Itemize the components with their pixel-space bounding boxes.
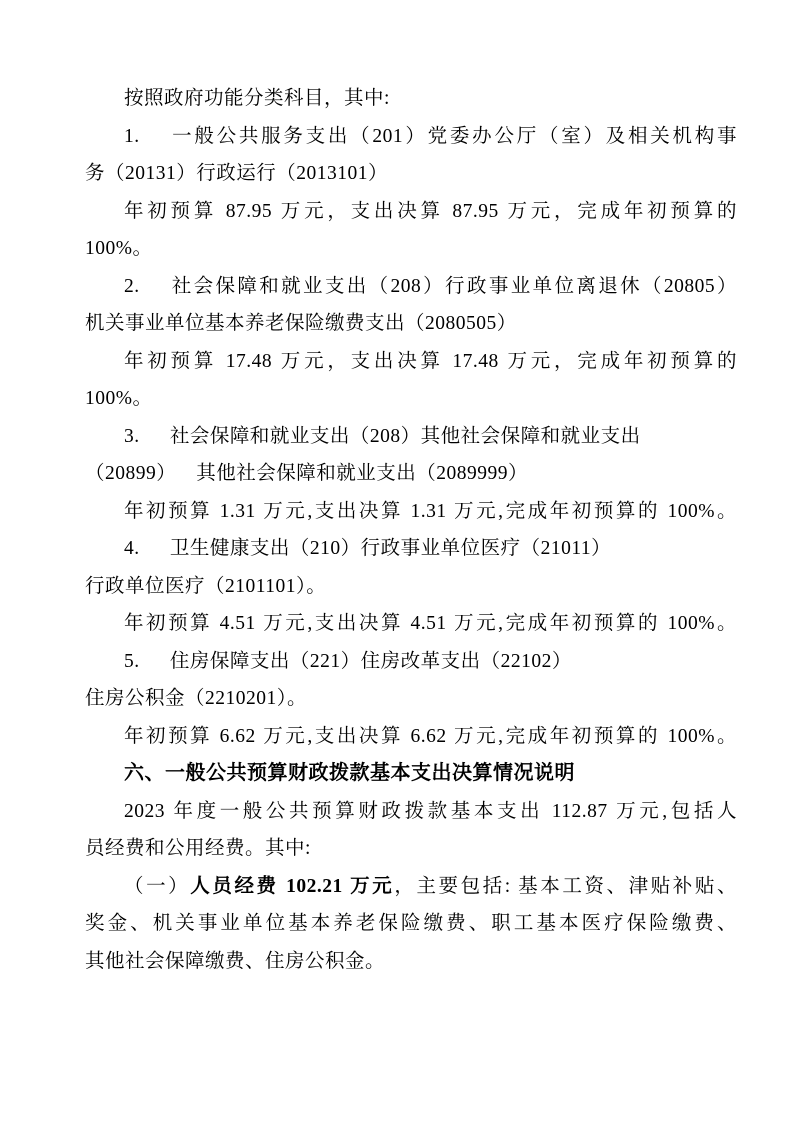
text-run: 1. 一般公共服务支出（201）党委办公厅（室）及相关机构事 xyxy=(124,126,737,147)
text-run: （20899） 其他社会保障和就业支出（2089999） xyxy=(85,463,528,484)
text-run: 员经费和公用经费。其中: xyxy=(85,838,311,859)
item-3-line-2: （20899） 其他社会保障和就业支出（2089999） xyxy=(85,455,737,493)
text-run: 务（20131）行政运行（2013101） xyxy=(85,163,388,184)
item-2-budget-line-1: 年初预算 17.48 万元，支出决算 17.48 万元，完成年初预算的 xyxy=(85,343,737,381)
text-run: 机关事业单位基本养老保险缴费支出（2080505） xyxy=(85,313,517,334)
text-run: 奖金、机关事业单位基本养老保险缴费、职工基本医疗保险缴费、 xyxy=(85,913,737,934)
text-run: 年初预算 4.51 万元,支出决算 4.51 万元,完成年初预算的 100%。 xyxy=(124,613,737,634)
text-run: 2023 年度一般公共预算财政拨款基本支出 112.87 万元,包括人 xyxy=(124,801,737,822)
item-2-budget-line-2: 100%。 xyxy=(85,380,737,418)
text-run: 100%。 xyxy=(85,238,153,259)
text-run: 年初预算 87.95 万元，支出决算 87.95 万元，完成年初预算的 xyxy=(124,201,737,222)
text-run: 住房公积金（2210201）。 xyxy=(85,688,307,709)
item-4-budget: 年初预算 4.51 万元,支出决算 4.51 万元,完成年初预算的 100%。 xyxy=(85,605,737,643)
text-run: （一） xyxy=(124,876,190,897)
personnel-expense-line-1: （一）人员经费 102.21 万元，主要包括: 基本工资、津贴补贴、 xyxy=(85,868,737,906)
item-5-budget: 年初预算 6.62 万元,支出决算 6.62 万元,完成年初预算的 100%。 xyxy=(85,718,737,756)
text-run: 4. 卫生健康支出（210）行政事业单位医疗（21011） xyxy=(124,538,611,559)
item-2-line-2: 机关事业单位基本养老保险缴费支出（2080505） xyxy=(85,305,737,343)
text-run: 年初预算 17.48 万元，支出决算 17.48 万元，完成年初预算的 xyxy=(124,351,737,372)
section-body-line-1: 2023 年度一般公共预算财政拨款基本支出 112.87 万元,包括人 xyxy=(85,793,737,831)
item-3-budget: 年初预算 1.31 万元,支出决算 1.31 万元,完成年初预算的 100%。 xyxy=(85,493,737,531)
item-4-line-1: 4. 卫生健康支出（210）行政事业单位医疗（21011） xyxy=(85,530,737,568)
personnel-expense-line-2: 奖金、机关事业单位基本养老保险缴费、职工基本医疗保险缴费、 xyxy=(85,905,737,943)
item-1-budget-line-2: 100%。 xyxy=(85,230,737,268)
text-run: 年初预算 6.62 万元,支出决算 6.62 万元,完成年初预算的 100%。 xyxy=(124,726,737,747)
text-run: 按照政府功能分类科目，其中: xyxy=(124,88,390,109)
item-3-line-1: 3. 社会保障和就业支出（208）其他社会保障和就业支出 xyxy=(85,418,737,456)
text-run: ，主要包括: 基本工资、津贴补贴、 xyxy=(394,876,737,897)
text-run: 3. 社会保障和就业支出（208）其他社会保障和就业支出 xyxy=(124,426,641,447)
item-5-line-2: 住房公积金（2210201）。 xyxy=(85,680,737,718)
item-4-line-2: 行政单位医疗（2101101）。 xyxy=(85,568,737,606)
item-1-budget-line-1: 年初预算 87.95 万元，支出决算 87.95 万元，完成年初预算的 xyxy=(85,193,737,231)
text-run: 六、一般公共预算财政拨款基本支出决算情况说明 xyxy=(124,762,575,784)
section-body-line-2: 员经费和公用经费。其中: xyxy=(85,830,737,868)
item-5-line-1: 5. 住房保障支出（221）住房改革支出（22102） xyxy=(85,643,737,681)
text-run: 2. 社会保障和就业支出（208）行政事业单位离退休（20805） xyxy=(124,276,737,297)
personnel-expense-line-3: 其他社会保障缴费、住房公积金。 xyxy=(85,943,737,981)
text-run: 100%。 xyxy=(85,388,153,409)
text-run: 其他社会保障缴费、住房公积金。 xyxy=(85,951,385,972)
text-run: 5. 住房保障支出（221）住房改革支出（22102） xyxy=(124,651,572,672)
document-page: 按照政府功能分类科目，其中:1. 一般公共服务支出（201）党委办公厅（室）及相… xyxy=(0,0,793,1122)
item-1-line-1: 1. 一般公共服务支出（201）党委办公厅（室）及相关机构事 xyxy=(85,118,737,156)
para-classification-intro: 按照政府功能分类科目，其中: xyxy=(85,80,737,118)
item-2-line-1: 2. 社会保障和就业支出（208）行政事业单位离退休（20805） xyxy=(85,268,737,306)
item-1-line-2: 务（20131）行政运行（2013101） xyxy=(85,155,737,193)
section-heading: 六、一般公共预算财政拨款基本支出决算情况说明 xyxy=(85,755,737,793)
text-run: 年初预算 1.31 万元,支出决算 1.31 万元,完成年初预算的 100%。 xyxy=(124,501,737,522)
text-run: 人员经费 102.21 万元 xyxy=(190,876,394,897)
text-run: 行政单位医疗（2101101）。 xyxy=(85,576,326,597)
document-body: 按照政府功能分类科目，其中:1. 一般公共服务支出（201）党委办公厅（室）及相… xyxy=(85,80,737,980)
